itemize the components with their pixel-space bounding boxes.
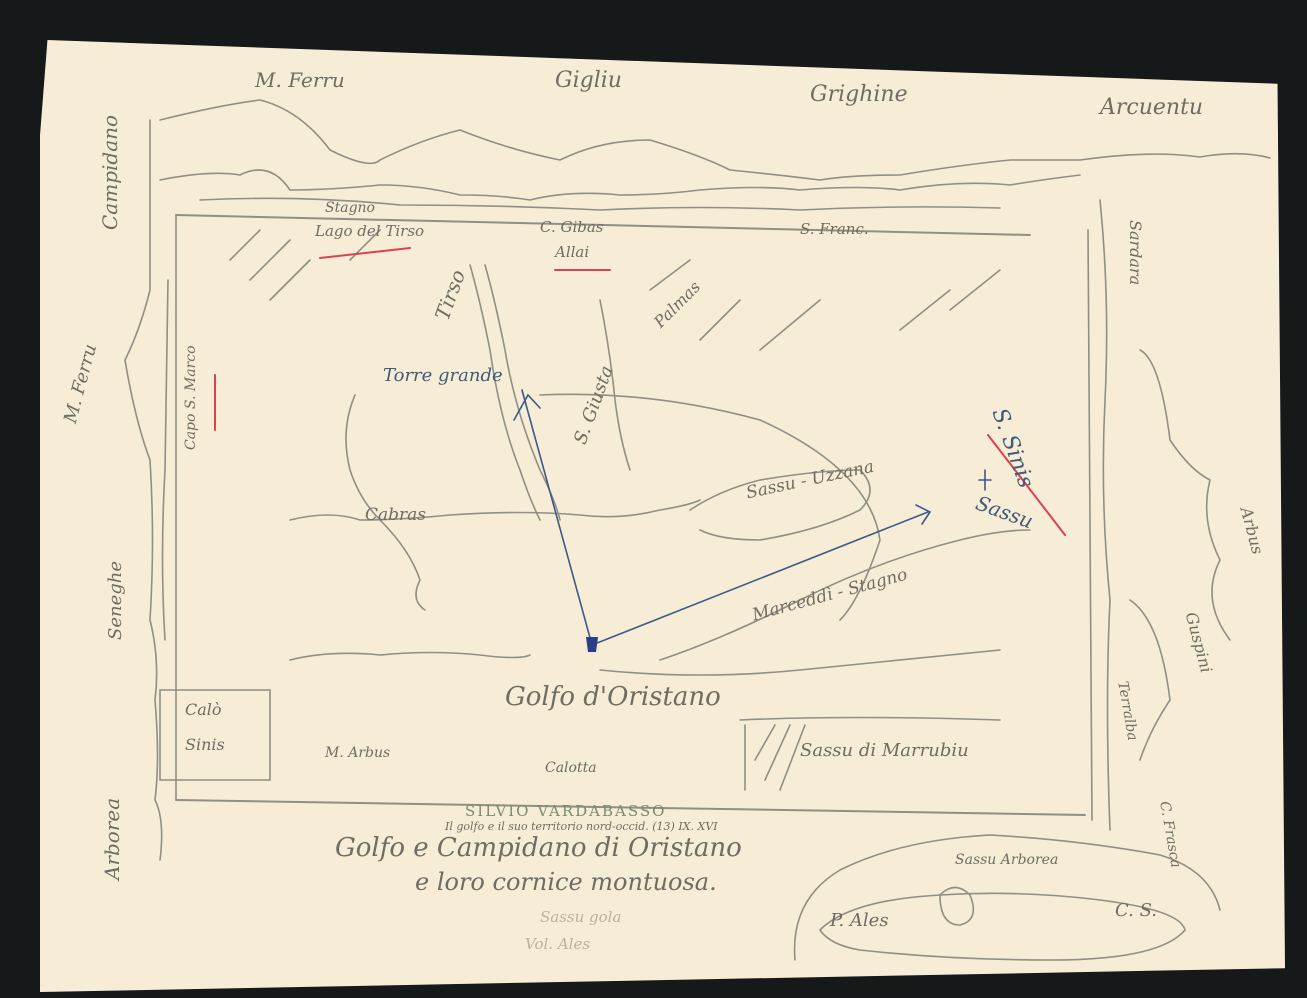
label-allai: Allai <box>555 243 589 261</box>
label-box-calo: Calò <box>185 700 222 719</box>
caption-title-line2: e loro cornice montuosa. <box>415 868 717 896</box>
label-campidano: Campidano <box>98 115 122 230</box>
label-arborea: Arborea <box>100 798 124 880</box>
inset-label-right: C. S. <box>1115 900 1157 921</box>
caption-title-line1: Golfo e Campidano di Oristano <box>335 833 742 863</box>
label-arcuentu: Arcuentu <box>1100 95 1203 120</box>
label-m-arbus: M. Arbus <box>325 745 390 761</box>
label-s-franc: S. Franc. <box>800 220 869 238</box>
inset-label-left: P. Ales <box>830 910 889 931</box>
faint-note-1: Sassu gola <box>540 908 621 926</box>
label-cabras: Cabras <box>365 505 426 525</box>
label-stagno: Stagno <box>325 200 375 216</box>
label-seneghe: Seneghe <box>105 561 126 640</box>
label-lago-del-tirso: Lago del Tirso <box>315 222 424 240</box>
label-capo-s-marco: Capo S. Marco <box>183 345 199 450</box>
label-grighine: Grighine <box>810 82 908 107</box>
label-sassu-marrubiu: Sassu di Marrubiu <box>800 740 969 761</box>
label-box-sinis: Sinis <box>185 735 225 754</box>
caption-author: SILVIO VARDABASSO <box>465 802 666 820</box>
inset-label-top: Sassu Arborea <box>955 852 1058 868</box>
label-golfo-oristano: Golfo d'Oristano <box>505 682 721 712</box>
label-c-gibas: C. Gibas <box>540 218 604 236</box>
label-m-ferru-top: M. Ferru <box>255 68 345 92</box>
caption-note: Il golfo e il suo territorio nord-occid.… <box>445 820 718 833</box>
label-sardara: Sardara <box>1126 220 1145 285</box>
label-torre-grande: Torre grande <box>383 365 503 386</box>
label-gigliu: Gigliu <box>555 68 622 93</box>
label-calotta: Calotta <box>545 760 597 776</box>
faint-note-2: Vol. Ales <box>525 935 590 953</box>
